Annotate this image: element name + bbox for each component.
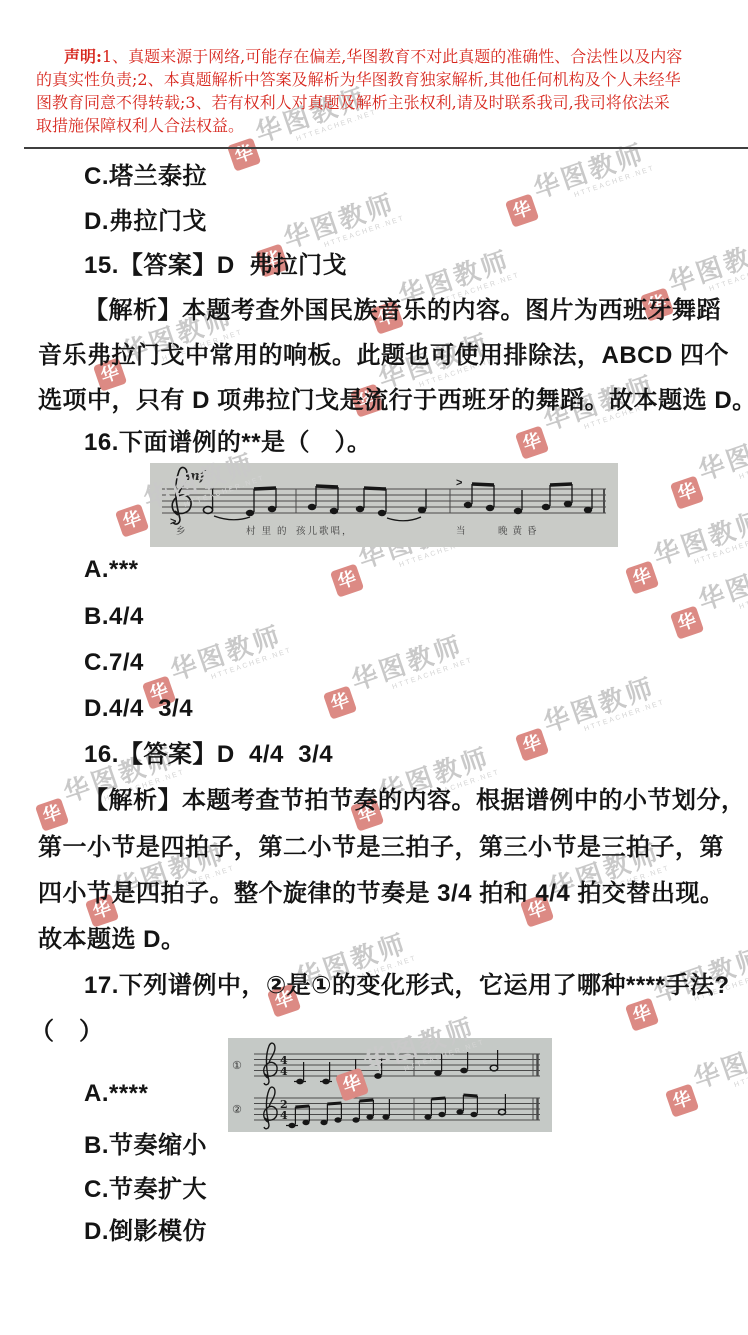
huatu-watermark: 华华图教师HTTEACHER.NET: [665, 420, 748, 509]
disclaimer-label: 声明:: [64, 47, 102, 66]
watermark-brand-text: 华图教师: [665, 232, 748, 297]
accent-mark: >: [456, 477, 462, 489]
q17-question: 17.下列谱例中，②是①的变化形式，它运用了哪种****手法?: [84, 968, 730, 1004]
huatu-logo-icon: 华: [115, 503, 149, 537]
huatu-logo-icon: 华: [670, 475, 704, 509]
huatu-logo-icon: 华: [515, 727, 549, 761]
disclaimer-line: 的真实性负责;2、本真题解析中答案及解析为华图教育独家解析,其他任何机构及个人未…: [36, 69, 681, 91]
staff-label-2: ②: [232, 1103, 242, 1116]
time-signature-bottom: 4: [280, 1109, 288, 1122]
watermark-brand-text: 华图教师: [167, 620, 290, 685]
document-page: 华华图教师HTTEACHER.NET华华图教师HTTEACHER.NET华华图教…: [0, 0, 748, 1335]
lyric-text: 村里的: [246, 525, 293, 537]
score-image-q17: ① 4 4: [228, 1038, 552, 1132]
divider-line: [24, 147, 748, 149]
q16-analysis-line: 【解析】本题考查节拍节奏的内容。根据谱例中的小节划分，: [84, 783, 746, 819]
q15-analysis-line: 选项中，只有 D 项弗拉门戈是流行于西班牙的舞蹈。故本题选 D。: [38, 383, 748, 419]
q16-answer: 16.【答案】D 4/4 3/4: [84, 737, 333, 773]
huatu-logo-icon: 华: [323, 685, 357, 719]
watermark-brand-text: 华图教师: [540, 672, 663, 737]
disclaimer-line: 取措施保障权利人合法权益。: [36, 115, 244, 137]
time-signature-bottom: 4: [280, 1065, 288, 1078]
q17-option-c: C.节奏扩大: [84, 1172, 207, 1208]
q15-option-c: C.塔兰泰拉: [84, 159, 207, 195]
q17-option-d: D.倒影模仿: [84, 1214, 207, 1250]
treble-clef-icon: [264, 1043, 277, 1085]
huatu-logo-icon: 华: [625, 560, 659, 594]
q15-option-d: D.弗拉门戈: [84, 204, 207, 240]
q16-option-c: C.7/4: [84, 645, 144, 681]
lyric-text: 乡: [176, 525, 186, 537]
q15-answer: 15.【答案】D 弗拉门戈: [84, 248, 347, 284]
watermark-brand-text: 华图教师: [695, 420, 748, 485]
watermark-url-text: HTTEACHER.NET: [210, 646, 293, 682]
watermark-url-text: HTTEACHER.NET: [391, 656, 474, 692]
huatu-logo-icon: 华: [330, 563, 364, 597]
watermark-url-text: HTTEACHER.NET: [708, 258, 748, 294]
huatu-logo-icon: 华: [670, 605, 704, 639]
disclaimer-line: 声明:1、真题来源于网络,可能存在偏差,华图教育不对此真题的准确性、合法性以及内…: [64, 46, 682, 68]
watermark-url-text: HTTEACHER.NET: [573, 164, 656, 200]
disclaimer-line: 图教育同意不得转载;3、若有权利人对真题及解析主张权利,请及时联系我司,我司将依…: [36, 92, 670, 114]
q16-question: 16.下面谱例的**是（ ）。: [84, 425, 372, 461]
watermark-brand-text: 华图教师: [650, 505, 748, 570]
q17-option-b: B.节奏缩小: [84, 1128, 207, 1164]
huatu-watermark: 华华图教师HTTEACHER.NET: [318, 630, 476, 719]
huatu-logo-icon: 华: [515, 425, 549, 459]
huatu-watermark: 华华图教师HTTEACHER.NET: [665, 550, 748, 639]
watermark-url-text: HTTEACHER.NET: [583, 698, 666, 734]
q16-analysis-line: 四小节是四拍子。整个旋律的节奏是 3/4 拍和 4/4 拍交替出现。: [38, 876, 724, 912]
huatu-watermark: 华华图教师HTTEACHER.NET: [500, 138, 658, 227]
watermark-url-text: HTTEACHER.NET: [738, 576, 748, 612]
watermark-brand-text: 华图教师: [348, 630, 471, 695]
dynamic-marking: mf: [186, 469, 208, 484]
q16-option-b: B.4/4: [84, 599, 144, 635]
q17-question-parens: （ ）: [30, 1014, 104, 1050]
q16-analysis-line: 第一小节是四拍子，第二小节是三拍子，第三小节是三拍子，第: [38, 830, 724, 866]
q15-analysis-line: 音乐弗拉门戈中常用的响板。此题也可使用排除法，ABCD 四个: [38, 338, 729, 374]
huatu-logo-icon: 华: [665, 1083, 699, 1117]
treble-clef-icon: [264, 1087, 277, 1129]
watermark-brand-text: 华图教师: [695, 550, 748, 615]
q17-option-a: A.****: [84, 1076, 148, 1112]
huatu-watermark: 华华图教师HTTEACHER.NET: [620, 505, 748, 594]
staff-label-1: ①: [232, 1059, 242, 1072]
huatu-watermark: 华华图教师HTTEACHER.NET: [510, 672, 668, 761]
watermark-url-text: HTTEACHER.NET: [323, 214, 406, 250]
q16-option-a: A.***: [84, 552, 139, 588]
watermark-url-text: HTTEACHER.NET: [693, 531, 748, 567]
lyric-text: 孩儿歌唱，: [296, 525, 354, 537]
lyric-text: 晚黄昏: [498, 525, 542, 537]
q16-option-d: D.4/4 3/4: [84, 691, 193, 727]
lyric-text: 当: [456, 525, 466, 537]
watermark-brand-text: 华图教师: [280, 188, 403, 253]
watermark-url-text: HTTEACHER.NET: [733, 1054, 748, 1090]
q15-analysis-line: 【解析】本题考查外国民族音乐的内容。图片为西班牙舞蹈: [84, 293, 721, 329]
q16-analysis-line: 故本题选 D。: [38, 922, 186, 958]
watermark-url-text: HTTEACHER.NET: [738, 446, 748, 482]
watermark-brand-text: 华图教师: [690, 1028, 748, 1093]
huatu-watermark: 华华图教师HTTEACHER.NET: [660, 1028, 748, 1117]
huatu-logo-icon: 华: [227, 137, 261, 171]
huatu-logo-icon: 华: [35, 797, 69, 831]
huatu-logo-icon: 华: [505, 193, 539, 227]
score-image-q16: mf > >: [150, 463, 618, 547]
